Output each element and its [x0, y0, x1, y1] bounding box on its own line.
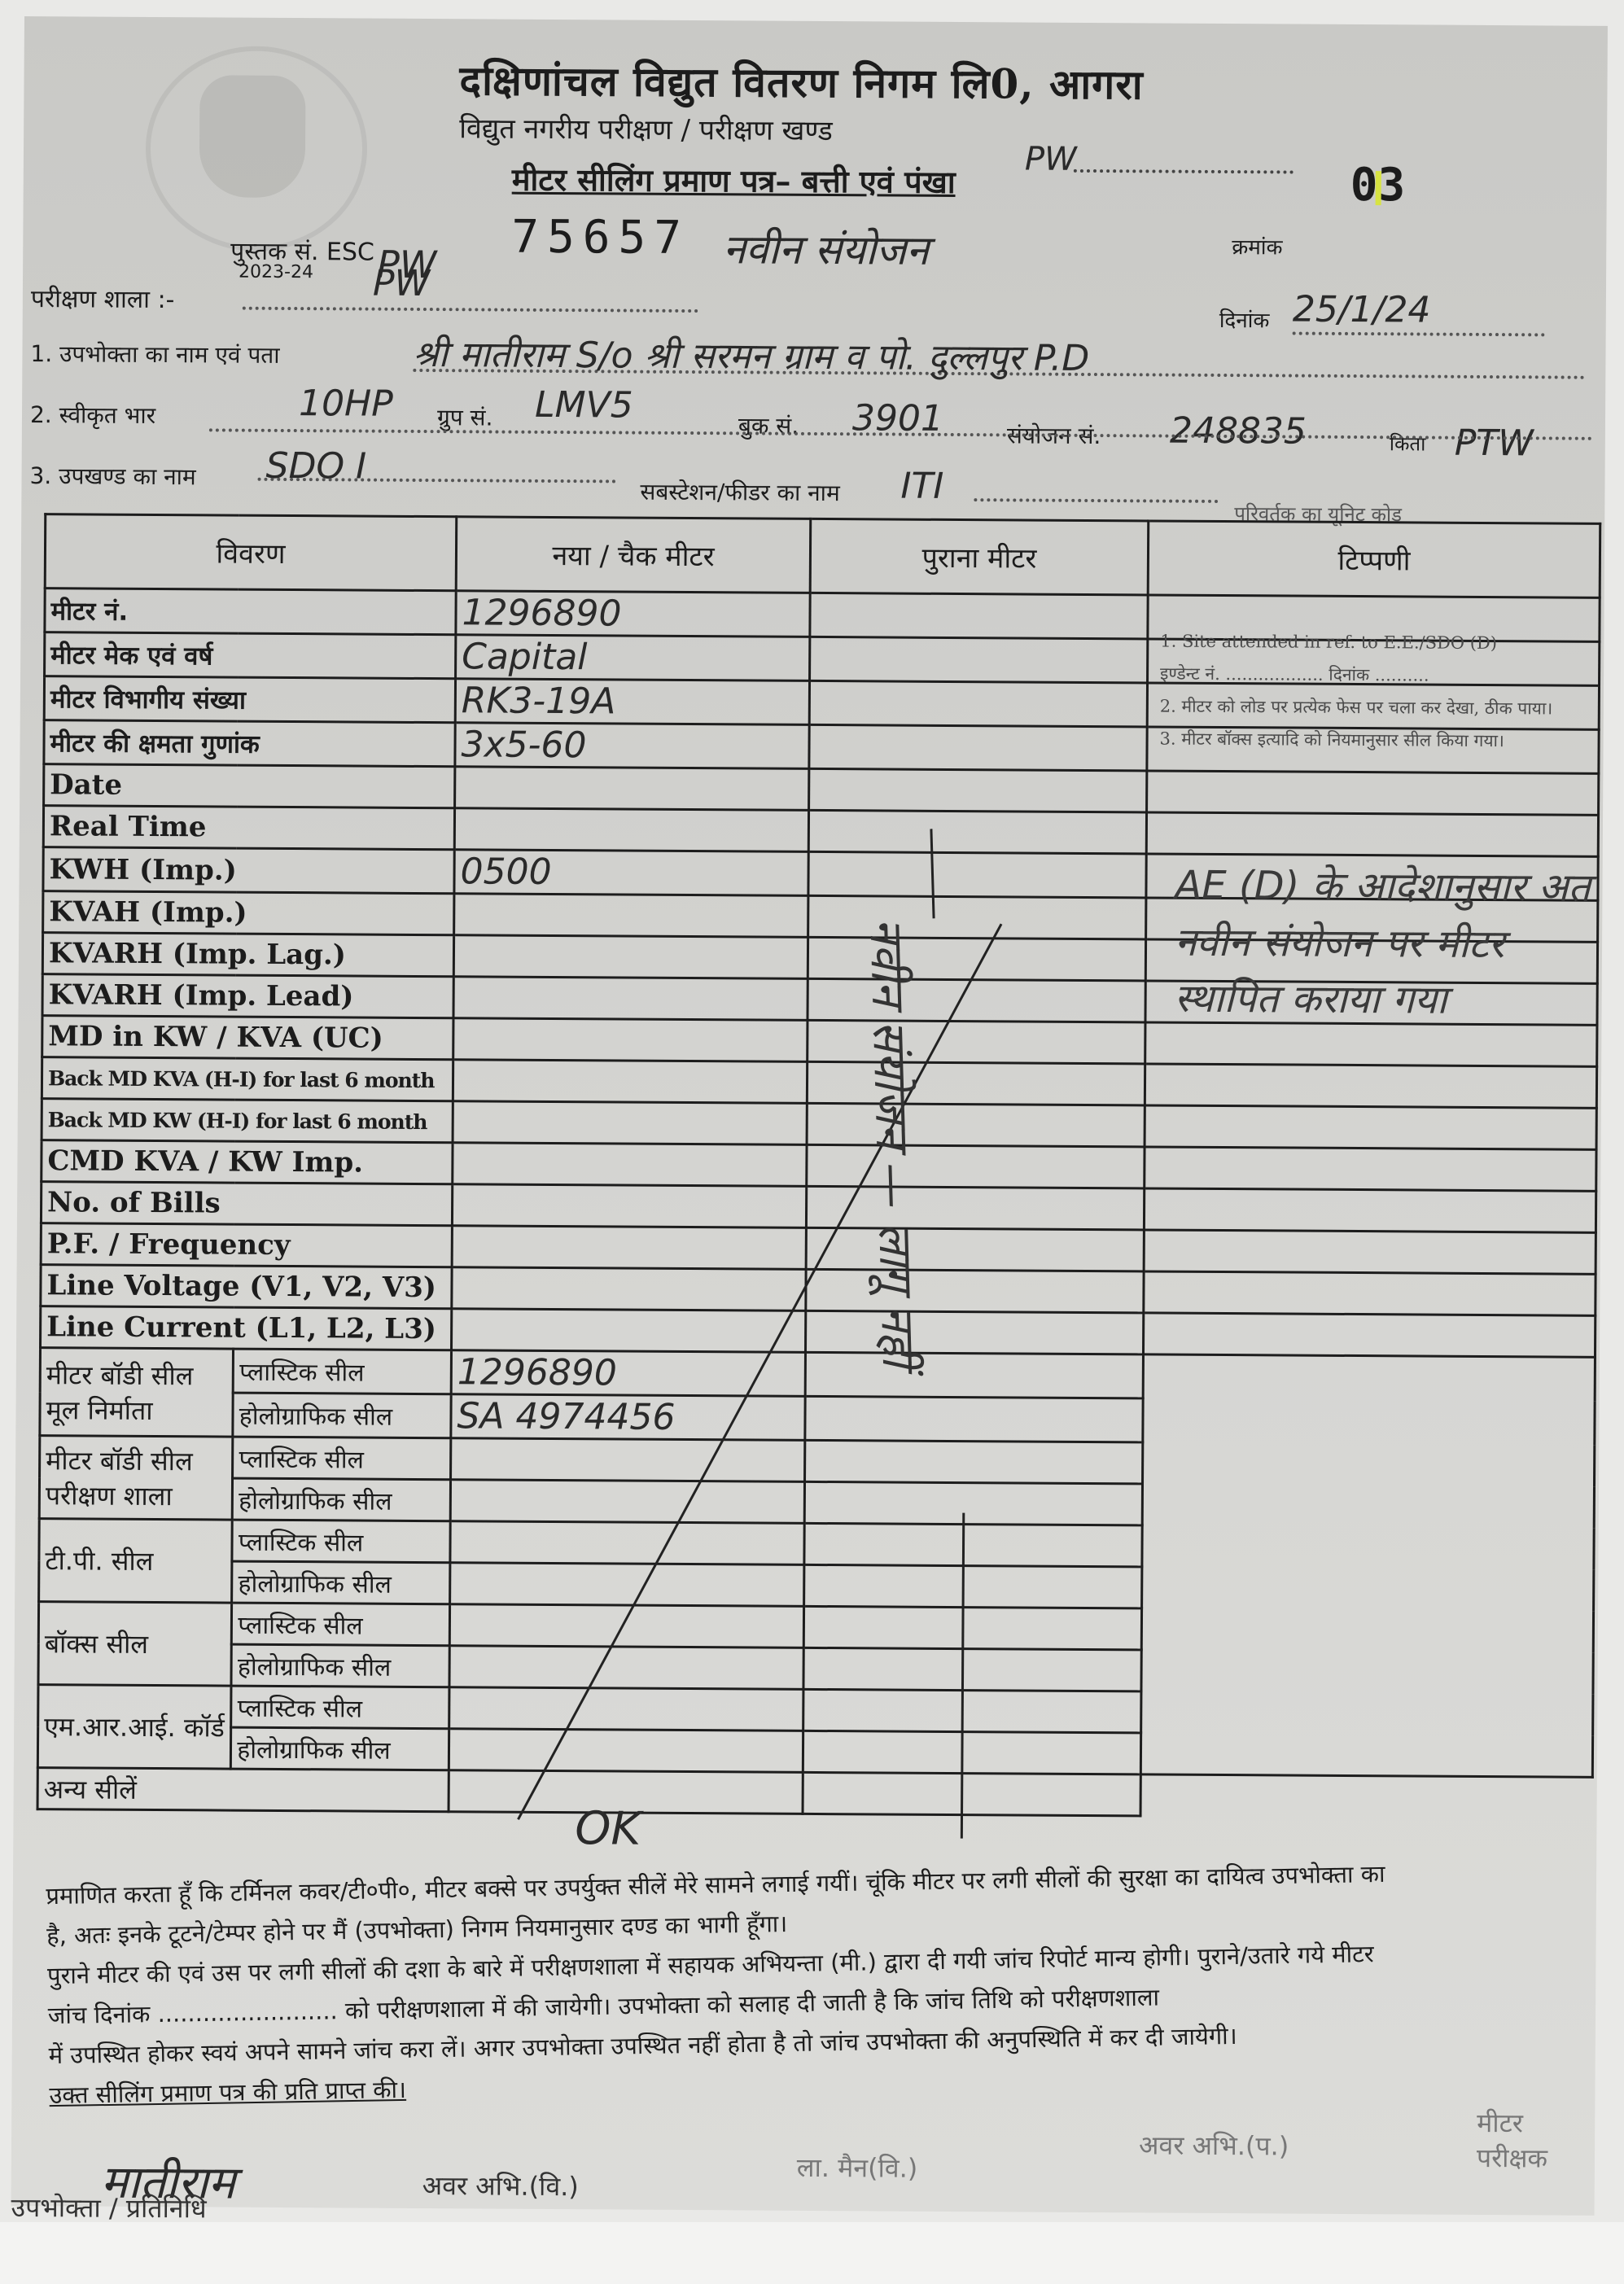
remarks-cell [1145, 1105, 1596, 1149]
row-label: Line Current (L1, L2, L3) [41, 1306, 452, 1350]
holographic-seal-value[interactable] [449, 1729, 803, 1773]
remarks-cell [1146, 812, 1598, 856]
old-seal-value[interactable] [803, 1606, 1141, 1650]
other-seals-label: अन्य सीलें [37, 1768, 449, 1812]
division-dotted-line [1074, 169, 1294, 174]
old-meter-value[interactable] [807, 1144, 1145, 1188]
holographic-seal-label: होलोग्राफिक सील [233, 1478, 451, 1521]
serial-label: क्रमांक [1232, 231, 1282, 260]
old-seal-value[interactable] [803, 1689, 1141, 1733]
other-seals-mark: OK [575, 1802, 641, 1855]
je-test-sign-label: अवर अभि.(प.) [1139, 2127, 1289, 2163]
lab-dotted-line [243, 307, 698, 313]
remarks-handwritten: AE (D) के आदेशानुसार अत नवीन संयोजन पर म… [1174, 858, 1614, 1030]
load-value: 10HP [299, 383, 393, 425]
old-meter-value[interactable] [809, 724, 1147, 771]
old-meter-note: नवीन संयोजन — लागू नहीं [856, 917, 931, 1368]
new-meter-value[interactable] [452, 1184, 806, 1228]
row-label: मीटर नं. [45, 589, 456, 635]
holographic-seal-label: होलोग्राफिक सील [231, 1727, 449, 1770]
holographic-seal-label: होलोग्राफिक सील [232, 1561, 450, 1604]
holographic-seal-value[interactable] [450, 1563, 804, 1607]
old-seal-value[interactable] [803, 1731, 1140, 1774]
form-number: 75657 [511, 211, 689, 265]
new-meter-value[interactable] [454, 808, 808, 852]
plastic-seal-label: प्लास्टिक सील [232, 1520, 450, 1563]
holographic-seal-value[interactable]: SA 4974456 [451, 1394, 805, 1441]
new-meter-value[interactable]: RK3-19A [455, 679, 809, 725]
load-label: 2. स्वीकृत भार [30, 399, 155, 431]
consumer-label: 1. उपभोक्ता का नाम एवं पता [30, 338, 279, 370]
group-label: ग्रुप सं. [437, 401, 493, 432]
document-page: दक्षिणांचल विद्युत वितरण निगम लि0, आगरा … [11, 16, 1608, 2216]
remarks-cell [1144, 1271, 1596, 1315]
type-label: किता [1390, 430, 1426, 457]
type-value: PTW [1455, 422, 1534, 465]
new-meter-value[interactable] [453, 977, 808, 1021]
date-label: दिनांक [1219, 304, 1270, 334]
substation-dotted-line [974, 498, 1218, 503]
highlighter-mark [1376, 171, 1381, 205]
old-meter-value[interactable] [810, 593, 1148, 639]
holographic-seal-value[interactable] [449, 1646, 803, 1690]
row-label: Back MD KW (H-I) for last 6 month [42, 1099, 453, 1143]
cert-line-receipt: उक्त सीलिंग प्रमाण पत्र की प्रति प्राप्त… [49, 2076, 406, 2109]
old-seal-value[interactable] [804, 1481, 1142, 1525]
remarks-cell [1147, 771, 1599, 815]
new-meter-value[interactable] [453, 1060, 807, 1104]
book-year: 2023-24 [239, 262, 313, 283]
remark-line: 2. मीटर को लोड पर प्रत्येक फेस पर चला कर… [1160, 690, 1600, 725]
plastic-seal-label: प्लास्टिक सील [232, 1603, 450, 1646]
col-header-remarks: टिप्पणी [1148, 521, 1600, 597]
row-label: P.F. / Frequency [41, 1223, 452, 1267]
row-label: KVARH (Imp. Lag.) [42, 933, 453, 977]
seal-group-label: एम.आर.आई. कॉर्ड [37, 1685, 231, 1769]
old-meter-value[interactable] [810, 637, 1148, 683]
seal-group-label: बॉक्स सील [38, 1602, 232, 1686]
new-meter-value[interactable] [455, 767, 809, 811]
table-header-row: विवरण नया / चैक मीटर पुराना मीटर टिप्पणी [45, 514, 1600, 598]
old-seal-value[interactable] [805, 1352, 1143, 1398]
subdiv-label: 3. उपखण्ड का नाम [29, 460, 195, 492]
row-label: मीटर विभागीय संख्या [44, 676, 455, 723]
old-meter-value[interactable] [808, 1020, 1145, 1064]
certificate-text: प्रमाणित करता हूँ कि टर्मिनल कवर/टी०पी०,… [46, 1850, 1624, 2116]
new-meter-value[interactable] [452, 1267, 806, 1311]
old-meter-value[interactable] [806, 1227, 1144, 1271]
holographic-seal-label: होलोग्राफिक सील [231, 1644, 449, 1687]
remarks-printed: 1. Site attended in ref. to E.E./SDO (D)… [1159, 626, 1600, 759]
conn-value: 248835 [1170, 410, 1307, 453]
new-meter-value[interactable] [451, 1309, 805, 1353]
row-label: मीटर मेक एवं वर्ष [45, 632, 456, 679]
remarks-cell [1145, 1064, 1596, 1108]
group-value: LMV5 [535, 384, 633, 427]
company-logo-icon [145, 46, 368, 252]
remarks-cell [1144, 1188, 1596, 1232]
row-label: Date [44, 764, 455, 808]
remarks-cell [1145, 1147, 1596, 1191]
new-meter-value[interactable] [453, 1101, 807, 1145]
holographic-seal-label: होलोग्राफिक सील [233, 1393, 451, 1438]
substation-value: ITI [900, 466, 943, 507]
lab-value: PW [373, 263, 430, 304]
row-label: No. of Bills [41, 1182, 452, 1226]
old-meter-value[interactable] [809, 768, 1147, 812]
col-header-new-meter: नया / चैक मीटर [456, 517, 811, 593]
consumer-sign-label: उपभोक्ता / प्रतिनिधि [11, 2190, 206, 2225]
remarks-cell [1143, 1313, 1595, 1357]
row-label: MD in KW / KVA (UC) [42, 1016, 453, 1060]
plastic-seal-label: प्लास्टिक सील [234, 1349, 452, 1394]
substation-label: सबस्टेशन/फीडर का नाम [640, 476, 840, 508]
old-seal-value[interactable] [804, 1564, 1142, 1608]
row-label: KVAH (Imp.) [43, 891, 454, 935]
date-value: 25/1/24 [1293, 289, 1431, 331]
new-meter-value[interactable] [453, 935, 808, 979]
old-meter-value[interactable] [807, 1103, 1145, 1147]
holographic-seal-value[interactable] [450, 1480, 804, 1524]
plastic-seal-value[interactable] [451, 1438, 805, 1482]
je-dist-sign-label: अवर अभि.(वि.) [422, 2168, 579, 2203]
old-seal-value[interactable] [804, 1523, 1142, 1567]
remark-line: 1. Site attended in ref. to E.E./SDO (D) [1160, 626, 1600, 661]
plastic-seal-value[interactable]: 1296890 [451, 1350, 805, 1397]
bookno-label: बुक सं. [738, 409, 799, 440]
meter-tester-sign-label: मीटर परीक्षक [1477, 2105, 1596, 2176]
remarks-cell [1144, 1230, 1596, 1274]
old-meter-value[interactable] [806, 1269, 1144, 1313]
new-meter-value[interactable] [453, 1018, 808, 1062]
plastic-seal-label: प्लास्टिक सील [231, 1686, 449, 1729]
division-value: PW [1025, 141, 1077, 178]
row-label: Back MD KVA (H-I) for last 6 month [42, 1057, 453, 1101]
remark-line: 3. मीटर बॉक्स इत्यादि को नियमानुसार सील … [1159, 723, 1599, 758]
old-seal-value[interactable] [805, 1396, 1143, 1442]
background-surface [0, 2222, 1624, 2284]
row-label: CMD KVA / KW Imp. [42, 1140, 453, 1184]
old-meter-value[interactable] [808, 851, 1146, 898]
other-seals-old[interactable] [803, 1772, 1140, 1816]
form-note: नवीन संयोजन [723, 220, 929, 277]
row-label: KWH (Imp.) [43, 847, 454, 894]
plastic-seal-label: प्लास्टिक सील [233, 1437, 451, 1480]
lab-label: परीक्षण शाला :- [31, 281, 175, 315]
old-meter-value[interactable] [808, 810, 1146, 854]
col-header-description: विवरण [45, 514, 457, 591]
seal-group-label: मीटर बॉडी सील मूल निर्माता [40, 1348, 234, 1437]
form-title: मीटर सीलिंग प्रमाण पत्र– बत्ती एवं पंखा [512, 158, 956, 203]
remarks-cell [1140, 1354, 1595, 1777]
new-meter-value[interactable]: 1296890 [456, 591, 810, 637]
remark-line: इण्डेन्ट नं. .................. दिनांक .… [1160, 658, 1600, 693]
consumer-value: श्री मातीराम S/o श्री सरमन ग्राम व पो. द… [413, 328, 1089, 381]
old-seal-value[interactable] [803, 1647, 1141, 1691]
org-name: दक्षिणांचल विद्युत वितरण निगम लि0, आगरा [459, 51, 1144, 111]
new-meter-value[interactable]: 0500 [454, 850, 808, 896]
new-meter-value[interactable] [452, 1226, 806, 1270]
plastic-seal-value[interactable] [449, 1687, 803, 1731]
new-meter-value[interactable]: 3x5-60 [455, 723, 809, 769]
old-meter-value[interactable] [807, 1061, 1145, 1105]
row-label: KVARH (Imp. Lead) [42, 974, 453, 1018]
new-meter-value[interactable]: Capital [456, 635, 810, 681]
date-dotted-line [1293, 332, 1545, 337]
seal-group-label: मीटर बॉडी सील परीक्षण शाला [39, 1436, 233, 1520]
new-meter-value[interactable] [454, 894, 808, 938]
lineman-sign-label: ला. मैन(वि.) [797, 2150, 918, 2186]
old-meter-value[interactable] [809, 680, 1147, 727]
division-label: विद्युत नगरीय परीक्षण / परीक्षण खण्ड [459, 108, 833, 148]
row-label: Real Time [43, 806, 454, 850]
row-label: Line Voltage (V1, V2, V3) [41, 1265, 452, 1309]
col-header-old-meter: पुराना मीटर [810, 518, 1149, 595]
plastic-seal-value[interactable] [450, 1521, 804, 1565]
row-label: मीटर की क्षमता गुणांक [44, 720, 455, 767]
new-meter-value[interactable] [453, 1143, 807, 1187]
seal-group-label: टी.पी. सील [39, 1519, 233, 1603]
plastic-seal-value[interactable] [449, 1604, 803, 1648]
old-meter-value[interactable] [805, 1310, 1143, 1354]
old-seal-value[interactable] [805, 1440, 1143, 1484]
